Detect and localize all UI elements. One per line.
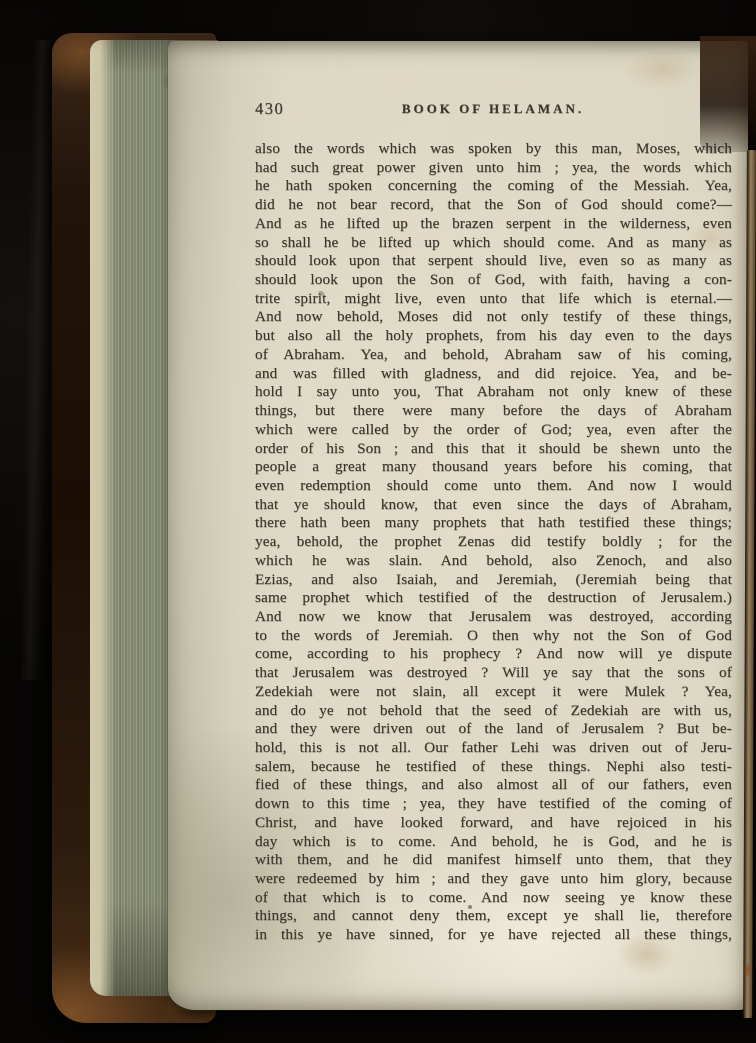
book-cover-right-edge (700, 36, 756, 152)
text-line: of Abraham. Yea, and behold, Abraham saw… (255, 346, 732, 365)
text-line: should look upon the Son of God, with fa… (255, 271, 732, 290)
text-line: trite spirit, might live, even unto that… (255, 290, 732, 309)
text-line: And as he lifted up the brazen serpent i… (255, 215, 732, 234)
text-line: and do ye not behold that the seed of Ze… (255, 702, 732, 721)
text-line: had such great power given unto him ; ye… (255, 159, 732, 178)
page-number: 430 (255, 99, 284, 119)
photo-background: 430 BOOK OF HELAMAN. also the words whic… (0, 0, 756, 1043)
text-line: hold I say unto you, That Abraham not on… (255, 383, 732, 402)
text-line: but also all the holy prophets, from his… (255, 327, 732, 346)
text-line: were redeemed by him ; and they gave unt… (255, 870, 732, 889)
text-line: Ezias, and also Isaiah, and Jeremiah, (J… (255, 571, 732, 590)
text-line: salem, because he testified of these thi… (255, 758, 732, 777)
text-line: and they were driven out of the land of … (255, 720, 732, 739)
text-line: And now we know that Jerusalem was destr… (255, 608, 732, 627)
backdrop-fold (19, 40, 54, 680)
text-line: and was filled with gladness, and did re… (255, 365, 732, 384)
text-line: that ye should know, that even since the… (255, 496, 732, 515)
text-line: Zedekiah were not slain, all except it w… (255, 683, 732, 702)
text-line: in this ye have sinned, for ye have reje… (255, 926, 732, 945)
text-line: so shall he be lifted up which should co… (255, 234, 732, 253)
text-line: things, but there were many before the d… (255, 402, 732, 421)
text-line: he hath spoken concerning the coming of … (255, 177, 732, 196)
text-line: should look upon that serpent should liv… (255, 252, 732, 271)
text-line: same prophet which testified of the dest… (255, 589, 732, 608)
text-line: fied of these things, and also almost al… (255, 776, 732, 795)
text-line: also the words which was spoken by this … (255, 140, 732, 159)
running-title: BOOK OF HELAMAN. (402, 101, 584, 117)
text-line: did he not bear record, that the Son of … (255, 196, 732, 215)
paper-stain (623, 49, 703, 89)
page-header: 430 BOOK OF HELAMAN. (255, 98, 731, 120)
text-line: things, and cannot deny them, except ye … (255, 907, 732, 926)
text-line: day which is to come. And behold, he is … (255, 833, 732, 852)
text-line: which he was slain. And behold, also Zen… (255, 552, 732, 571)
text-line: that Jerusalem was destroyed ? Will ye s… (255, 664, 732, 683)
text-line: come, according to his prophecy ? And no… (255, 645, 732, 664)
page-body-text: also the words which was spoken by this … (255, 140, 732, 945)
text-line: And now behold, Moses did not only testi… (255, 308, 732, 327)
text-line: people a great many thousand years befor… (255, 458, 732, 477)
text-line: hold, this is not all. Our father Lehi w… (255, 739, 732, 758)
text-line: even redemption should come unto them. A… (255, 477, 732, 496)
text-line: down to this time ; yea, they have testi… (255, 795, 732, 814)
text-line: with them, and he did manifest himself u… (255, 851, 732, 870)
text-line: of that which is to come. And now seeing… (255, 889, 732, 908)
text-line: which were called by the order of God; y… (255, 421, 732, 440)
text-line: there hath been many prophets that hath … (255, 514, 732, 533)
book-page: 430 BOOK OF HELAMAN. also the words whic… (168, 41, 748, 1010)
text-line: Christ, and have looked forward, and hav… (255, 814, 732, 833)
text-line: to the words of Jeremiah. O then why not… (255, 627, 732, 646)
text-line: yea, behold, the prophet Zenas did testi… (255, 533, 732, 552)
text-line: order of his Son ; and this that it shou… (255, 440, 732, 459)
